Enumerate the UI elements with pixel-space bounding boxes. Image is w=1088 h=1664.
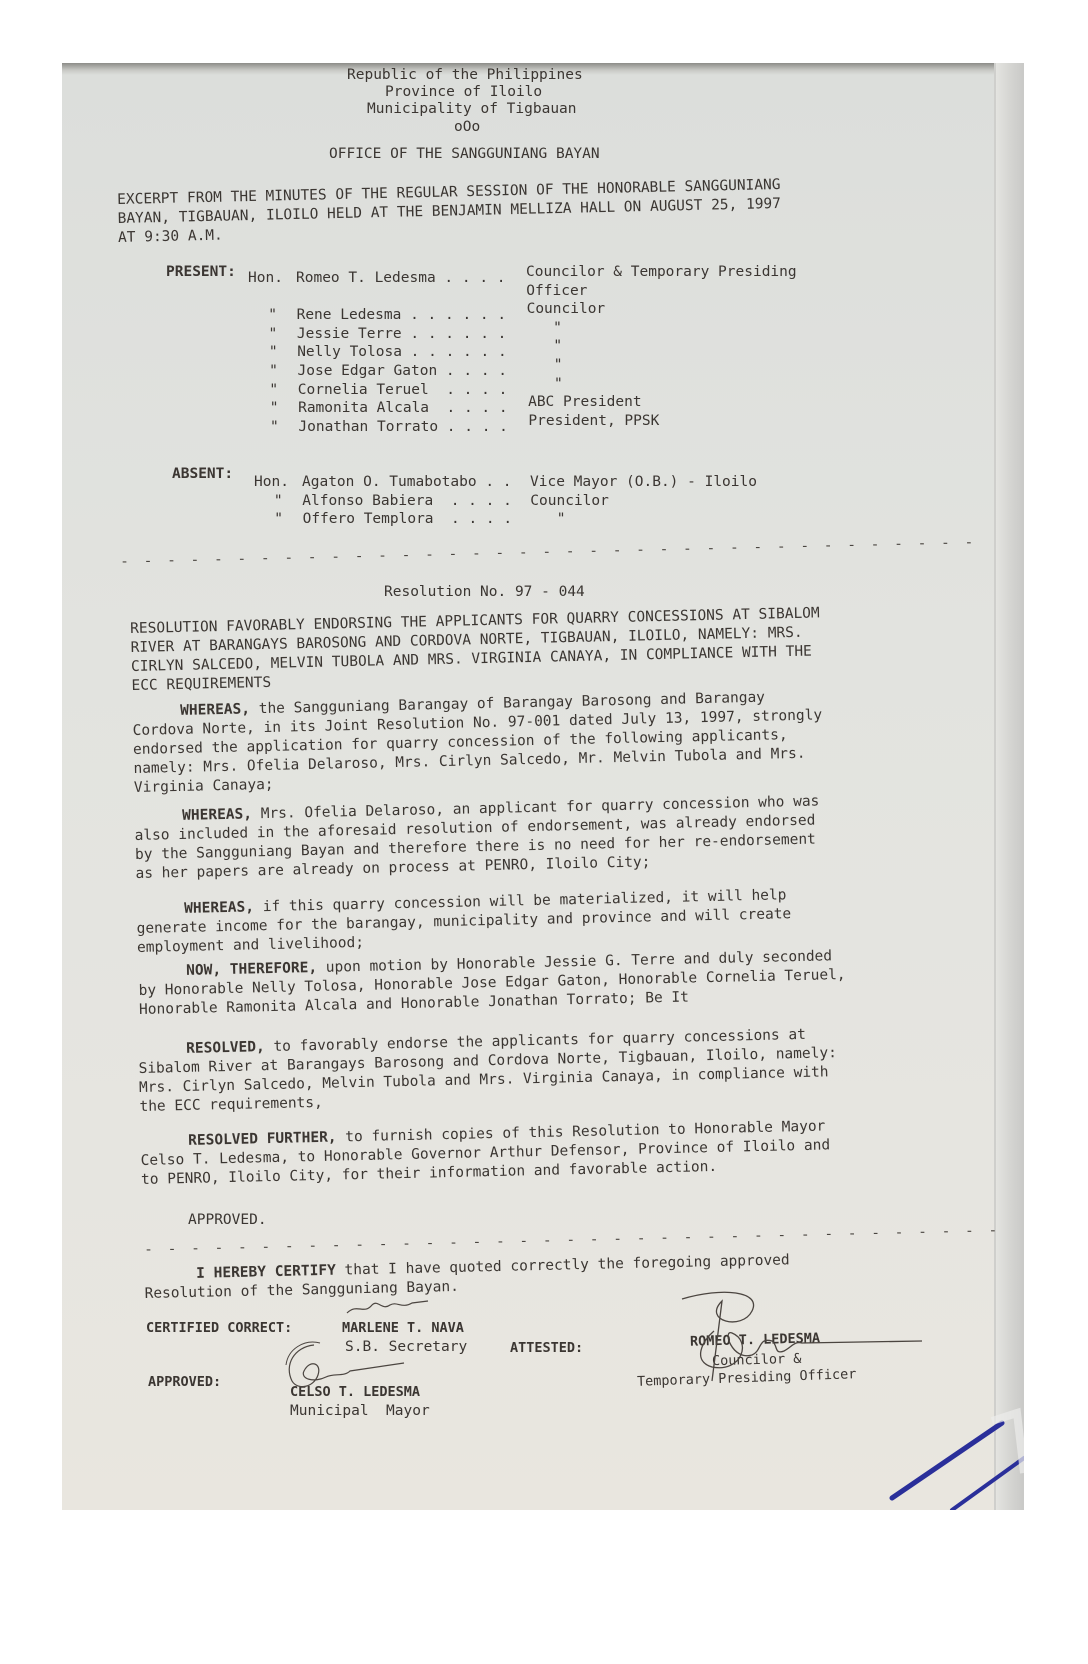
attendee-role: "	[527, 320, 562, 336]
attendee-row: Hon.Agaton O. Tumabotabo . .Vice Mayor (…	[254, 473, 954, 492]
attendee-prefix: "	[254, 492, 302, 511]
attendee-prefix: "	[249, 325, 297, 344]
attendee-role: Vice Mayor (O.B.) - Iloilo	[530, 474, 757, 490]
paragraph-lead: RESOLVED FURTHER,	[188, 1130, 337, 1149]
attendee-role: "	[528, 357, 563, 373]
office-title: OFFICE OF THE SANGGUNIANG BAYAN	[329, 145, 600, 164]
attendee-prefix: "	[250, 381, 298, 400]
certify-lead: I HEREBY CERTIFY	[196, 1263, 336, 1282]
attendee-name: Rene Ledesma . . . . . .	[297, 306, 527, 325]
paragraph-line: Virginia Canaya;	[134, 777, 274, 796]
attendee-name: Romeo T. Ledesma . . . .	[296, 269, 526, 288]
attendee-row: "Jonathan Torrato . . . .President, PPSK	[250, 418, 950, 437]
approved-text: APPROVED.	[188, 1211, 267, 1230]
separator-top: - - - - - - - - - - - - - - - - - - - - …	[120, 534, 976, 572]
attendee-role: Councilor & Temporary Presiding	[526, 264, 797, 280]
attendee-role: Councilor	[527, 301, 606, 317]
mayor-title: Municipal Mayor	[290, 1402, 430, 1421]
paragraph-line: the ECC requirements,	[139, 1095, 323, 1115]
paragraph-lead: WHEREAS,	[184, 899, 254, 917]
attendee-row: "Jessie Terre . . . . . . "	[249, 325, 949, 344]
attendee-name: Jonathan Torrato . . . .	[298, 418, 528, 437]
attendee-row: "Offero Templora . . . . "	[255, 510, 955, 529]
attendee-name: Offero Templora . . . .	[303, 510, 531, 529]
resolution-title: RESOLUTION FAVORABLY ENDORSING THE APPLI…	[130, 604, 821, 696]
paragraph-lead: WHEREAS,	[182, 806, 252, 824]
paragraph-lead: NOW, THEREFORE,	[186, 960, 317, 979]
excerpt-block: EXCERPT FROM THE MINUTES OF THE REGULAR …	[117, 176, 782, 248]
attendee-name: Cornelia Teruel . . . .	[298, 381, 528, 400]
attendee-prefix: "	[249, 343, 297, 362]
body-paragraph: NOW, THEREFORE, upon motion by Honorable…	[138, 947, 846, 1020]
present-label: PRESENT:	[166, 263, 236, 282]
secretary-signature	[342, 1291, 432, 1321]
attendee-role: Councilor	[530, 493, 609, 509]
attendee-name: Ramonita Alcala . . . .	[298, 399, 528, 418]
attendee-prefix: "	[250, 362, 298, 381]
attendee-prefix: "	[250, 399, 298, 418]
attendee-row: "Nelly Tolosa . . . . . . "	[249, 343, 949, 362]
approved-label: APPROVED:	[148, 1373, 221, 1392]
separator-bottom: - - - - - - - - - - - - - - - - - - - - …	[144, 1222, 1000, 1260]
absent-label: ABSENT:	[172, 465, 233, 484]
attendee-name: Jessie Terre . . . . . .	[297, 325, 527, 344]
mayor-signature	[274, 1335, 424, 1395]
attendee-role: ABC President	[528, 394, 642, 410]
resolution-number: Resolution No. 97 - 044	[384, 583, 585, 602]
attester-signature	[662, 1281, 942, 1391]
attendee-name: Jose Edgar Gaton . . . .	[298, 362, 528, 381]
attendee-row: Hon.Romeo T. Ledesma . . . .Councilor & …	[248, 269, 948, 288]
attested-label: ATTESTED:	[510, 1339, 583, 1358]
header-line-3: Municipality of Tigbauan	[367, 100, 577, 119]
attendee-prefix: "	[249, 306, 297, 325]
attendee-role: "	[531, 511, 566, 527]
attendee-prefix: "	[250, 418, 298, 437]
paragraph-line: employment and livelihood;	[137, 935, 364, 956]
body-paragraph: WHEREAS, the Sangguniang Barangay of Bar…	[132, 687, 824, 798]
paragraph-lead: WHEREAS,	[180, 701, 250, 719]
attendee-row: "Alfonso Babiera . . . .Councilor	[254, 492, 954, 511]
body-paragraph: RESOLVED FURTHER, to furnish copies of t…	[140, 1117, 831, 1190]
resolution-document: Republic of the Philippines Province of …	[62, 63, 1024, 1510]
attendee-name: Alfonso Babiera . . . .	[302, 492, 530, 511]
attendee-name: Nelly Tolosa . . . . . .	[297, 343, 527, 362]
body-paragraph: WHEREAS, if this quarry concession will …	[136, 886, 792, 958]
paragraph-lead: RESOLVED,	[186, 1039, 265, 1057]
attendee-prefix: Hon.	[248, 269, 296, 288]
attendee-role: Officer	[526, 283, 587, 299]
attendee-role: "	[528, 376, 563, 392]
body-paragraph: RESOLVED, to favorably endorse the appli…	[138, 1025, 838, 1117]
paper-clip	[852, 1403, 1024, 1510]
document-photo: Republic of the Philippines Province of …	[62, 63, 1024, 1510]
header-ooo: oOo	[454, 118, 480, 137]
attendee-row: "Rene Ledesma . . . . . .Councilor	[249, 306, 949, 325]
certified-correct-label: CERTIFIED CORRECT:	[146, 1319, 292, 1338]
attendee-name: Agaton O. Tumabotabo . .	[302, 473, 530, 492]
attendee-prefix: "	[255, 510, 303, 529]
body-paragraph: WHEREAS, Mrs. Ofelia Delaroso, an applic…	[134, 792, 821, 884]
attendee-role: "	[527, 338, 562, 354]
attendee-prefix: Hon.	[254, 473, 302, 492]
attendee-row: "Jose Edgar Gaton . . . . "	[250, 362, 950, 381]
attendee-role: President, PPSK	[528, 413, 659, 429]
